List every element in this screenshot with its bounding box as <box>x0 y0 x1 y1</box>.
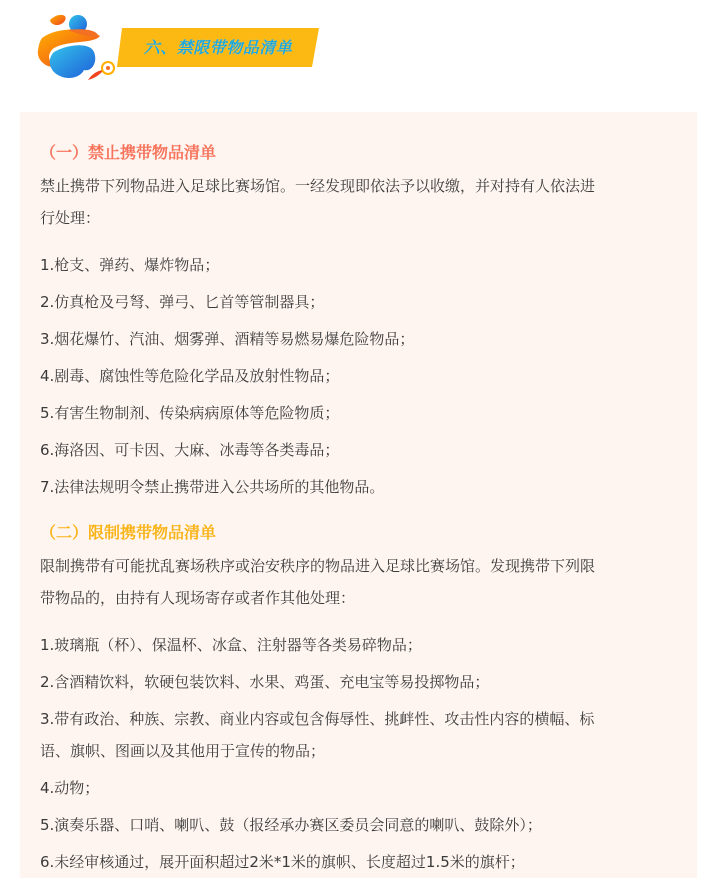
section-intro-line: 带物品的，由持有人现场寄存或者作其他处理： <box>40 587 355 609</box>
list-item: 1.玻璃瓶（杯）、保温杯、冰盒、注射器等各类易碎物品； <box>40 634 422 656</box>
list-item: 5.演奏乐器、口哨、喇叭、鼓（报经承办赛区委员会同意的喇叭、鼓除外）； <box>40 814 542 836</box>
section-intro-line: 限制携带有可能扰乱赛场秩序或治安秩序的物品进入足球比赛场馆。发现携带下列限 <box>40 555 595 577</box>
list-item: 4.动物； <box>40 777 99 799</box>
list-item: 2.含酒精饮料，软硬包装饮料、水果、鸡蛋、充电宝等易投掷物品； <box>40 671 489 693</box>
content-panel: （一）禁止携带物品清单 禁止携带下列物品进入足球比赛场馆。一经发现即依法予以收缴… <box>20 112 697 878</box>
section-heading-prohibited: （一）禁止携带物品清单 <box>40 142 216 164</box>
list-item: 6.未经审核通过，展开面积超过2米*1米的旗帜、长度超过1.5米的旗杆； <box>40 851 525 873</box>
list-item: 2.仿真枪及弓弩、弹弓、匕首等管制器具； <box>40 291 324 313</box>
list-item: 6.海洛因、可卡因、大麻、冰毒等各类毒品； <box>40 439 339 461</box>
list-item: 1.枪支、弹药、爆炸物品； <box>40 254 219 276</box>
banner-title: 六、禁限带物品清单 <box>117 28 319 67</box>
section-heading-restricted: （二）限制携带物品清单 <box>40 522 216 544</box>
list-item: 5.有害生物制剂、传染病病原体等危险物质； <box>40 402 339 424</box>
sports-logo-icon <box>28 8 120 84</box>
list-item-continuation: 语、旗帜、图画以及其他用于宣传的物品； <box>40 740 325 762</box>
section-title-banner: 六、禁限带物品清单 <box>117 28 319 67</box>
section-intro-line: 禁止携带下列物品进入足球比赛场馆。一经发现即依法予以收缴，并对持有人依法进 <box>40 175 595 197</box>
list-item: 7.法律法规明令禁止携带进入公共场所的其他物品。 <box>40 476 384 498</box>
list-item: 3.烟花爆竹、汽油、烟雾弹、酒精等易燃易爆危险物品； <box>40 328 414 350</box>
list-item: 3.带有政治、种族、宗教、商业内容或包含侮辱性、挑衅性、攻击性内容的横幅、标 <box>40 708 594 730</box>
section-header: 六、禁限带物品清单 <box>0 0 720 100</box>
section-intro-line: 行处理： <box>40 207 100 229</box>
list-item: 4.剧毒、腐蚀性等危险化学品及放射性物品； <box>40 365 339 387</box>
